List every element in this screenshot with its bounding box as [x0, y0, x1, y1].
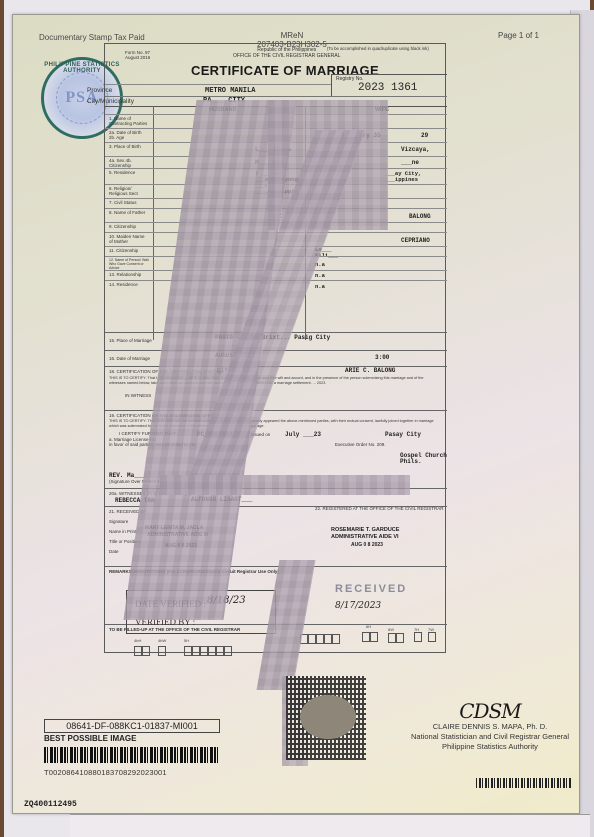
issued-on-value: July ___23 — [285, 431, 321, 438]
documentary-stamp-label: Documentary Stamp Tax Paid — [39, 33, 145, 42]
form-number: Form No. 97 August 2016 — [125, 50, 150, 60]
registrar-name: ROSEMARIE T. GARDUCE — [331, 527, 399, 533]
wife-mother: CEPRIANO — [401, 237, 430, 244]
code-cell — [134, 646, 142, 656]
page-indicator: Page 1 of 1 — [498, 31, 539, 40]
code-label-4bH: 4bH — [134, 638, 141, 643]
code-cell — [362, 632, 370, 642]
privacy-blur-strip — [160, 475, 410, 495]
best-possible-image-label: BEST POSSIBLE IMAGE — [44, 734, 136, 743]
signatory-name: CLAIRE DENNIS S. MAPA, Ph. D. — [390, 722, 590, 732]
row-label: 5. Residence — [109, 170, 149, 175]
wife-pob: Vizcaya, — [401, 146, 430, 153]
row-label: 12. Name of Person/ Wali Who Gave Consen… — [109, 258, 149, 270]
province-value: METRO MANILA — [205, 87, 255, 95]
church-name: Gospel Church Phils. — [400, 453, 448, 465]
row-label: 3. Place of Birth — [109, 144, 149, 149]
code-label-5H: 5H — [184, 638, 189, 643]
code-cell — [158, 646, 166, 656]
qr-privacy-blur — [300, 695, 356, 739]
registrar-title: ADMINISTRATIVE AIDE VI — [331, 534, 399, 540]
registrar-date: AUG 0 8 2023 — [351, 542, 383, 548]
code-cell — [142, 646, 150, 656]
province-row: Province METRO MANILA — [105, 84, 331, 96]
code-cell — [224, 646, 232, 656]
code-cell — [192, 646, 200, 656]
registry-number: 2023 1361 — [358, 82, 417, 94]
registered-label: 22. REGISTERED AT THE OFFICE OF THE CIVI… — [315, 506, 445, 511]
wife-sex-citizenship: ___ne — [401, 159, 419, 166]
issued-at-value: Pasay City — [385, 431, 421, 438]
row-label: 4a. Sex 4b. Citizenship — [109, 158, 149, 168]
barcode-number: T002086410880183708292023001 — [44, 768, 167, 777]
code-cell — [388, 633, 396, 643]
code-label-6W: 6W — [388, 627, 394, 632]
row-label: 10. Maiden Name of Mother — [109, 234, 149, 244]
code-cell — [324, 634, 332, 644]
signatory-block: CDSM CLAIRE DENNIS S. MAPA, Ph. D. Natio… — [390, 700, 590, 752]
code-cell — [428, 632, 436, 642]
registry-number-box: Registry No. 2023 1361 — [331, 74, 447, 96]
row-label: 13. Relationship — [109, 272, 149, 277]
signatory-org: Philippine Statistics Authority — [390, 742, 590, 752]
row-label: 8. Name of Father — [109, 210, 149, 215]
barcode — [44, 747, 220, 763]
underlying-document-edge — [70, 814, 590, 837]
wife-age: 29 — [421, 132, 428, 139]
code-cell — [396, 633, 404, 643]
signatory-signature: CDSM — [390, 700, 590, 722]
row-label: 6. Religion/ Religious Sect — [109, 186, 149, 196]
form-revision: August 2016 — [125, 55, 150, 60]
code-cell — [200, 646, 208, 656]
republic-heading: Republic of the Philippines OFFICE OF TH… — [233, 48, 341, 59]
code-cell — [308, 634, 316, 644]
security-paper-serial: ZQ400112495 — [24, 800, 77, 809]
code-label-4bW: 4bW — [158, 638, 166, 643]
province-label: Province — [87, 87, 112, 94]
code-cell — [316, 634, 324, 644]
code-cell — [184, 646, 192, 656]
row-label: 9. Citizenship — [109, 224, 149, 229]
signatory-title: National Statistician and Civil Registra… — [390, 732, 590, 742]
row-label: 11. Citizenship — [109, 248, 149, 253]
row-label: 7. Civil Status — [109, 200, 149, 205]
instruction-note: (To be accomplished in quadruplicate usi… — [327, 46, 429, 51]
wife-name-typed: ARIE C. BALONG — [345, 367, 395, 374]
executive-order-note: Executive Order No. 209. — [335, 442, 435, 447]
code-cell — [216, 646, 224, 656]
wife-father: BALONG — [409, 213, 431, 220]
received-stamp: RECEIVED — [335, 587, 594, 592]
solemnizing-officer-name: REV. Ma___ — [109, 472, 145, 479]
wife-residence: ___ay City, ___ippines — [385, 171, 445, 183]
code-cell — [332, 634, 340, 644]
mrsn-label: MReN — [257, 31, 327, 40]
code-cell — [370, 632, 378, 642]
received-stamp-date: 8/17/2023 — [335, 601, 381, 611]
city-label: City/Municipality — [87, 98, 134, 105]
relationship: n.a — [315, 272, 325, 279]
row-label: 2a. Date of Birth 2b. Age — [109, 130, 149, 140]
row-label: 14. Residence — [109, 282, 149, 287]
time-of-marriage: 3:00 — [375, 354, 389, 361]
code-cell — [208, 646, 216, 656]
small-barcode — [476, 778, 572, 788]
row-label: 1. Name of Contracting Parties — [109, 116, 149, 126]
office-text: OFFICE OF THE CIVIL REGISTRAR GENERAL — [233, 54, 341, 60]
code-cell — [414, 632, 422, 642]
code-label-6H: 6H — [366, 624, 371, 629]
control-number-box: 08641-DF-088KC1-01837-MI001 — [44, 719, 220, 733]
consent-residence: n.a — [315, 283, 325, 290]
